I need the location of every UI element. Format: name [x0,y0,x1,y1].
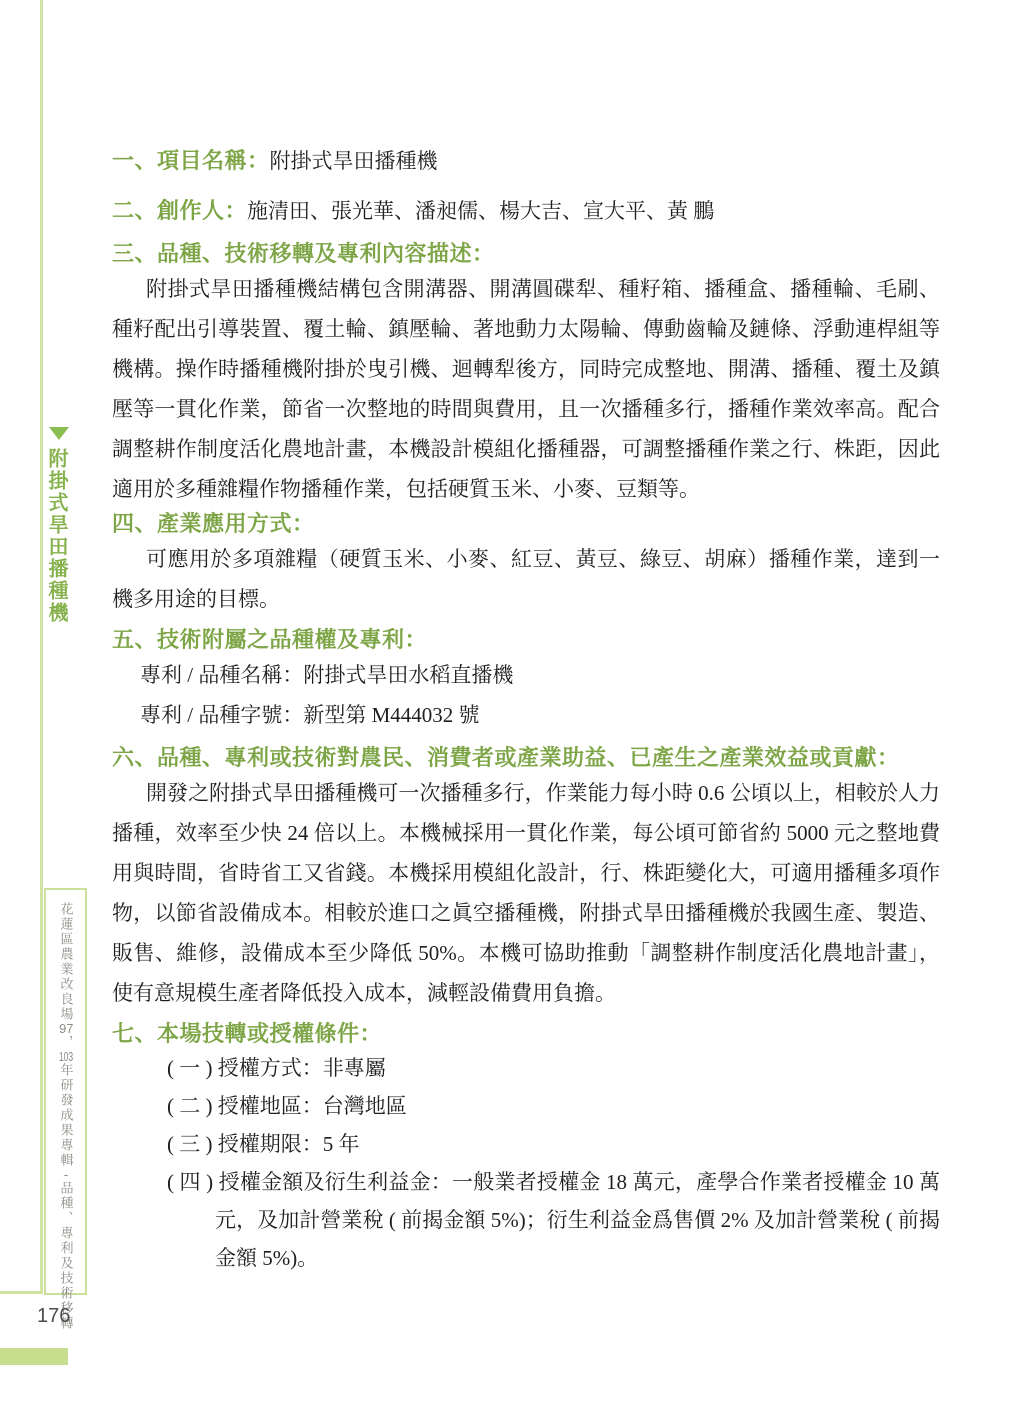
document-page: { "page": { "number": "176" }, "colors":… [0,0,1024,1418]
caption-part: 花蓮區農業改良場 [59,902,74,1022]
section-1-value: 附掛式旱田播種機 [270,149,438,173]
section-5-heading: 五、技術附屬之品種權及專利： [112,625,940,655]
section-1-row: 一、項目名稱：附掛式旱田播種機 [112,146,940,179]
license-type-line: ( 一 ) 授權方式：非專屬 [112,1049,940,1087]
section-5-list: 專利 / 品種名稱：附掛式旱田水稻直播機 專利 / 品種字號：新型第 M4440… [112,655,940,735]
sidebar-caption-box: 花蓮區農業改良場97，103年研發成果專輯-品種、專利及技術移轉 [44,888,87,1295]
section-2-row: 二、創作人：施清田、張光華、潘昶儒、楊大吉、宣大平、黃 鵬 [112,196,940,229]
main-content: 一、項目名稱：附掛式旱田播種機 二、創作人：施清田、張光華、潘昶儒、楊大吉、宣大… [112,146,940,1277]
page-number: 176 [37,1305,70,1328]
patent-name-line: 專利 / 品種名稱：附掛式旱田水稻直播機 [140,655,940,695]
caption-part: 年研發成果專輯 [59,1063,74,1168]
section-7-list: ( 一 ) 授權方式：非專屬 ( 二 ) 授權地區：台灣地區 ( 三 ) 授權期… [112,1049,940,1277]
down-triangle-icon [49,427,69,440]
caption-dash: - [59,1168,74,1181]
license-fee-line: ( 四 ) 授權金額及衍生利益金：一般業者授權金 18 萬元，產學合作業者授權金… [112,1163,940,1277]
license-region-line: ( 二 ) 授權地區：台灣地區 [112,1087,940,1125]
section-7-heading: 七、本場技轉或授權條件： [112,1019,940,1049]
bottom-left-green-bar [0,1348,68,1365]
section-2-value: 施清田、張光華、潘昶儒、楊大吉、宣大平、黃 鵬 [247,199,714,223]
section-1-label: 一、項目名稱： [112,148,270,173]
section-4-paragraph: 可應用於多項雜糧（硬質玉米、小麥、紅豆、黃豆、綠豆、胡麻）播種作業，達到一機多用… [112,539,940,619]
caption-year-start: 97 [59,1022,74,1035]
caption-year-end: 103 [59,1050,74,1063]
sidebar-vertical-title: 附掛式旱田播種機 [42,448,71,648]
section-2-label: 二、創作人： [112,198,247,223]
left-rule-foot [0,1291,43,1294]
section-6-paragraph: 開發之附掛式旱田播種機可一次播種多行，作業能力每小時 0.6 公頃以上，相較於人… [112,773,940,1013]
section-4-heading: 四、產業應用方式： [112,509,940,539]
section-3-heading: 三、品種、技術移轉及專利內容描述： [112,239,940,269]
section-6-heading: 六、品種、專利或技術對農民、消費者或產業助益、已產生之產業效益或貢獻： [112,743,940,773]
license-term-line: ( 三 ) 授權期限：5 年 [112,1125,940,1163]
patent-number-line: 專利 / 品種字號：新型第 M444032 號 [140,695,940,735]
section-3-paragraph: 附掛式旱田播種機結構包含開溝器、開溝圓碟犁、種籽箱、播種盒、播種輪、毛刷、種籽配… [112,269,940,509]
sidebar-caption: 花蓮區農業改良場97，103年研發成果專輯-品種、專利及技術移轉 [57,902,75,1293]
caption-separator: ， [59,1035,74,1050]
